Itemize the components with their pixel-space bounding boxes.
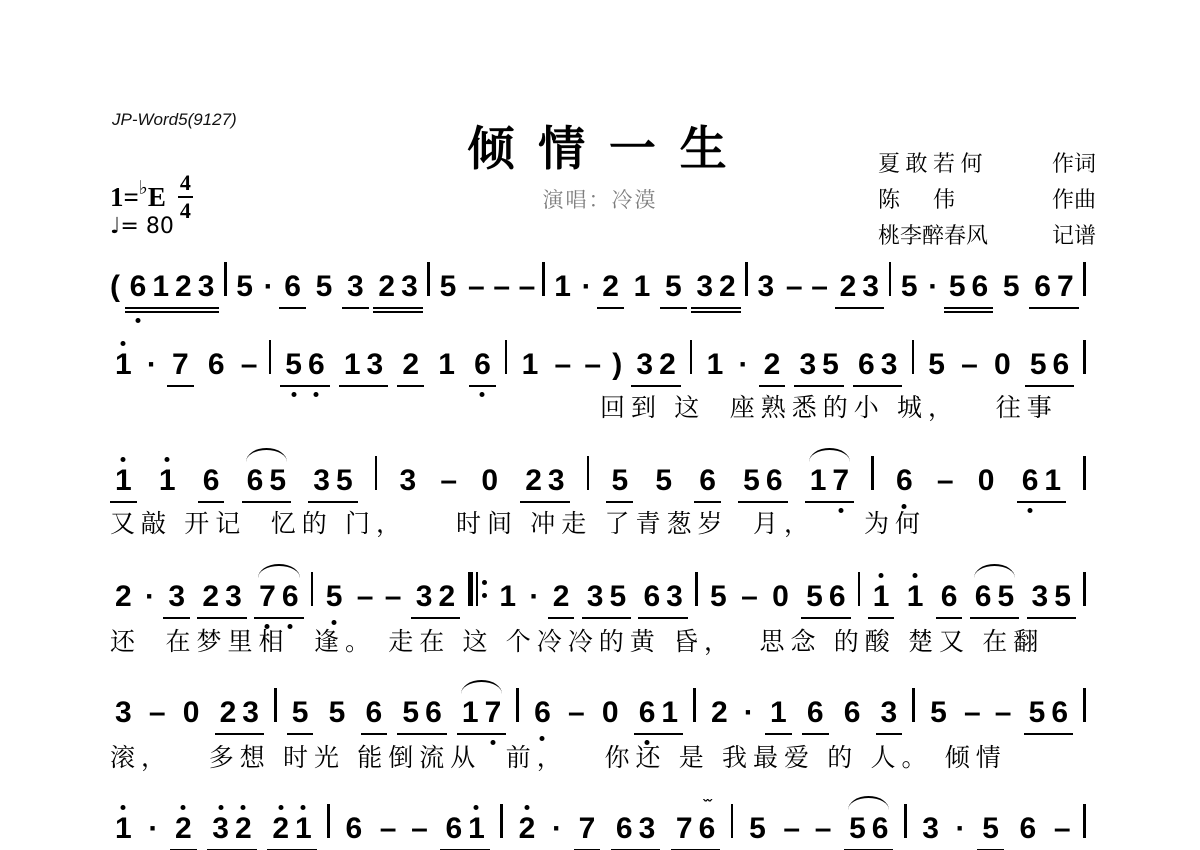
duration-dash: – bbox=[962, 696, 983, 730]
beam-group: 1 bbox=[433, 348, 460, 385]
note: 5 bbox=[1000, 270, 1023, 304]
note: 3 bbox=[878, 348, 901, 382]
note: 5 bbox=[1027, 348, 1050, 382]
beam-group: 1 bbox=[494, 580, 521, 617]
note: 5 bbox=[326, 696, 349, 730]
note: 5 bbox=[323, 580, 346, 614]
note: 6 bbox=[804, 696, 827, 730]
note: 2 bbox=[199, 580, 222, 614]
note: 2 bbox=[172, 812, 195, 846]
note: 2 bbox=[217, 696, 240, 730]
note: 6 bbox=[855, 348, 878, 382]
note: 0 bbox=[180, 696, 203, 730]
time-numerator: 4 bbox=[178, 172, 193, 198]
beam-group: 56 bbox=[280, 348, 329, 387]
beam-group: 1 bbox=[629, 270, 656, 307]
note: 2 bbox=[435, 580, 458, 614]
repeat-dots bbox=[482, 580, 487, 598]
note: 5 bbox=[1026, 696, 1049, 730]
note: 3 bbox=[397, 464, 420, 498]
note: 6 bbox=[696, 812, 719, 846]
note: 0 bbox=[478, 464, 501, 498]
note: 1 bbox=[156, 464, 179, 498]
beam-group: 3 bbox=[395, 464, 422, 501]
note: 0 bbox=[991, 348, 1014, 382]
note: 6 bbox=[841, 696, 864, 730]
duration-dash: – bbox=[466, 270, 487, 304]
note: 5 bbox=[925, 348, 948, 382]
beam-group: 35 bbox=[582, 580, 631, 619]
beam-group: 1 bbox=[868, 580, 895, 619]
note: 1 bbox=[149, 270, 172, 304]
note: 3 bbox=[112, 696, 135, 730]
note: 5 bbox=[662, 270, 685, 304]
note: 2 bbox=[522, 464, 545, 498]
beam-group: 61 bbox=[440, 812, 489, 850]
credits-block: 夏 敢 若 何 作词 陈 伟 作曲 桃李醉春风 记谱 bbox=[878, 146, 1096, 254]
note: 6 bbox=[205, 348, 228, 382]
note: 3 bbox=[693, 270, 716, 304]
note: 6 bbox=[636, 696, 659, 730]
note: 3 bbox=[796, 348, 819, 382]
note: 1 bbox=[704, 348, 727, 382]
music-line: 1·232216––612·763765––563·56– bbox=[110, 804, 1086, 850]
duration-dash: – bbox=[355, 580, 376, 614]
barline bbox=[731, 804, 734, 838]
augmentation-dot: · bbox=[582, 270, 592, 304]
beam-group: 6 bbox=[279, 270, 306, 309]
barline bbox=[695, 572, 698, 606]
duration-dash: – bbox=[566, 696, 587, 730]
beam-group: 6123 bbox=[125, 270, 220, 309]
note: 5 bbox=[927, 696, 950, 730]
note: 1 bbox=[1041, 464, 1064, 498]
note: 1 bbox=[341, 348, 364, 382]
beam-group: 35 bbox=[794, 348, 843, 387]
note: 7 bbox=[1054, 270, 1077, 304]
augmentation-dot: · bbox=[145, 580, 155, 614]
duration-dash: – bbox=[378, 812, 399, 846]
note: 6 bbox=[200, 464, 223, 498]
note: 5 bbox=[437, 270, 460, 304]
beam-group: 2 bbox=[759, 348, 786, 387]
note: 5 bbox=[946, 270, 969, 304]
key-letter: E bbox=[148, 182, 166, 213]
beam-group: 1 bbox=[110, 348, 137, 385]
note: 6 bbox=[869, 812, 892, 846]
beam-group: 5 bbox=[705, 580, 732, 617]
beam-group: 3 bbox=[753, 270, 780, 307]
beam-group: 3 bbox=[876, 696, 903, 735]
beam-group: 21 bbox=[267, 812, 316, 850]
barline bbox=[542, 262, 545, 296]
duration-dash: – bbox=[1052, 812, 1073, 846]
barline bbox=[1083, 340, 1086, 374]
note: 2 bbox=[761, 348, 784, 382]
beam-group: 56 bbox=[738, 464, 787, 503]
note: 1 bbox=[112, 348, 135, 382]
augmentation-dot: · bbox=[928, 270, 938, 304]
note: 3 bbox=[1029, 580, 1052, 614]
note: 3 bbox=[209, 812, 232, 846]
beam-group: 32 bbox=[631, 348, 680, 387]
beam-group: 2 bbox=[514, 812, 541, 849]
note: 1 bbox=[292, 812, 315, 846]
lyrics-line: 回到 这 座熟悉的小 城， 往事 bbox=[600, 388, 1058, 424]
credit-transcriber: 桃李醉春风 记谱 bbox=[878, 218, 1096, 254]
note: 3 bbox=[878, 696, 901, 730]
note: 6 bbox=[969, 270, 992, 304]
beam-group-slur: 76 bbox=[254, 580, 303, 619]
beam-group: 3 bbox=[342, 270, 369, 309]
beam-group: 2 bbox=[170, 812, 197, 850]
barline bbox=[871, 456, 874, 490]
augmentation-dot: · bbox=[744, 696, 754, 730]
beam-group: 2 bbox=[706, 696, 733, 733]
barline bbox=[587, 456, 590, 490]
note: 7 bbox=[673, 812, 696, 846]
music-line: 2·323765––321·235635–0561166535 bbox=[110, 572, 1086, 619]
note: 5 bbox=[399, 696, 422, 730]
beam-group: 6 bbox=[891, 464, 918, 501]
note: 6 bbox=[1017, 812, 1040, 846]
beam-group: 35 bbox=[1027, 580, 1076, 619]
note: 1 bbox=[807, 464, 830, 498]
note: 1 bbox=[658, 696, 681, 730]
beam-group: 5 bbox=[998, 270, 1025, 307]
duration-dash: – bbox=[809, 270, 830, 304]
note: 5 bbox=[652, 464, 675, 498]
beam-group: 0 bbox=[178, 696, 205, 733]
barline bbox=[745, 262, 748, 296]
note: 6 bbox=[342, 812, 365, 846]
note: 7 bbox=[256, 580, 279, 614]
note: 5 bbox=[898, 270, 921, 304]
beam-group: 7 bbox=[167, 348, 194, 387]
beam-group: 1 bbox=[765, 696, 792, 735]
beam-group: 5 bbox=[324, 696, 351, 733]
note: 1 bbox=[551, 270, 574, 304]
duration-dash: – bbox=[739, 580, 760, 614]
note: 6 bbox=[696, 464, 719, 498]
credit-role: 记谱 bbox=[1052, 218, 1096, 254]
note: 1 bbox=[519, 348, 542, 382]
note: 3 bbox=[584, 580, 607, 614]
barline bbox=[912, 688, 915, 722]
augmentation-dot: · bbox=[264, 270, 274, 304]
duration-dash: – bbox=[993, 696, 1014, 730]
beam-group: 6 bbox=[203, 348, 230, 385]
note: 3 bbox=[663, 580, 686, 614]
time-signature: 4 4 bbox=[178, 172, 193, 222]
note: 5 bbox=[313, 270, 336, 304]
note: 6 bbox=[826, 580, 849, 614]
note: 1 bbox=[459, 696, 482, 730]
duration-dash: – bbox=[552, 348, 573, 382]
note: 1 bbox=[465, 812, 488, 846]
beam-group: 63 bbox=[638, 580, 687, 619]
beam-group: 3 bbox=[917, 812, 944, 849]
credit-role: 作词 bbox=[1052, 146, 1096, 182]
beam-group: 23 bbox=[520, 464, 569, 503]
beam-group: 76 bbox=[671, 812, 720, 850]
barline bbox=[1083, 456, 1086, 490]
credit-role: 作曲 bbox=[1052, 182, 1096, 218]
beam-group: 56 bbox=[801, 580, 850, 619]
note: 7 bbox=[169, 348, 192, 382]
beam-group: 1 bbox=[702, 348, 729, 385]
beam-group: 63 bbox=[611, 812, 660, 850]
note: 2 bbox=[837, 270, 860, 304]
barline bbox=[427, 262, 430, 296]
note: 3 bbox=[310, 464, 333, 498]
beam-group: 32 bbox=[411, 580, 460, 619]
augmentation-dot: · bbox=[956, 812, 966, 846]
augmentation-dot: · bbox=[738, 348, 748, 382]
note: 3 bbox=[195, 270, 218, 304]
key-prefix: 1= bbox=[110, 182, 139, 213]
barline bbox=[889, 262, 892, 296]
note: 5 bbox=[740, 464, 763, 498]
beam-group: 1 bbox=[110, 812, 137, 849]
note: 1 bbox=[767, 696, 790, 730]
note: 6 bbox=[442, 812, 465, 846]
note: 2 bbox=[172, 270, 195, 304]
note: 3 bbox=[239, 696, 262, 730]
note: 0 bbox=[599, 696, 622, 730]
beam-group: 23 bbox=[835, 270, 884, 309]
barline bbox=[693, 688, 696, 722]
duration-dash: – bbox=[438, 464, 459, 498]
beam-group: 0 bbox=[989, 348, 1016, 385]
note: 1 bbox=[435, 348, 458, 382]
barline bbox=[311, 572, 314, 606]
barline bbox=[904, 804, 907, 838]
note: 6 bbox=[1019, 464, 1042, 498]
beam-group: 5 bbox=[744, 812, 771, 849]
augmentation-dot: · bbox=[529, 580, 539, 614]
duration-dash: – bbox=[784, 270, 805, 304]
note: 1 bbox=[870, 580, 893, 614]
note: 2 bbox=[232, 812, 255, 846]
beam-group: 0 bbox=[476, 464, 503, 501]
beam-group: 23 bbox=[215, 696, 264, 735]
duration-dash: – bbox=[409, 812, 430, 846]
beam-group: 0 bbox=[597, 696, 624, 733]
beam-group: 6 bbox=[469, 348, 496, 387]
note: 6 bbox=[471, 348, 494, 382]
beam-group-slur: 56 bbox=[844, 812, 893, 850]
music-line: 11665353–02355656176–061 bbox=[110, 456, 1086, 503]
beam-group: 32 bbox=[207, 812, 256, 850]
note: 2 bbox=[708, 696, 731, 730]
note: 3 bbox=[636, 812, 659, 846]
note: 3 bbox=[919, 812, 942, 846]
barline bbox=[1083, 804, 1086, 838]
beam-group: 23 bbox=[373, 270, 422, 309]
barline bbox=[858, 572, 861, 606]
note: 6 bbox=[613, 812, 636, 846]
beam-group: 0 bbox=[973, 464, 1000, 501]
note: 5 bbox=[994, 580, 1017, 614]
beam-group: 56 bbox=[397, 696, 446, 735]
beam-group: 1 bbox=[902, 580, 929, 617]
beam-group: 61 bbox=[1017, 464, 1066, 503]
beam-group: 5 bbox=[977, 812, 1004, 850]
duration-dash: – bbox=[383, 580, 404, 614]
beam-group: 6 bbox=[839, 696, 866, 733]
augmentation-dot: · bbox=[148, 812, 158, 846]
note: 2 bbox=[375, 270, 398, 304]
beam-group: 56 bbox=[1024, 696, 1073, 735]
lyrics-line: 又敲 开记 忆的 门， 时间 冲走 了青葱岁 月， 为何 bbox=[110, 504, 926, 540]
duration-dash: – bbox=[239, 348, 260, 382]
beam-group: 5 bbox=[650, 464, 677, 501]
beam-group: 5 bbox=[606, 464, 633, 503]
note: 5 bbox=[819, 348, 842, 382]
note: 2 bbox=[550, 580, 573, 614]
beam-group-slur: 17 bbox=[805, 464, 854, 503]
note: 5 bbox=[606, 580, 629, 614]
note: 6 bbox=[1050, 348, 1073, 382]
music-line: 3–02355656176–0612·16635––56 bbox=[110, 688, 1086, 735]
lyrics-line: 滚， 多想 时光 能倒流从 前， 你还 是 我最爱 的 人。 倾情 bbox=[110, 738, 1007, 774]
duration-dash: – bbox=[517, 270, 538, 304]
note: 6 bbox=[640, 580, 663, 614]
note: 1 bbox=[112, 812, 135, 846]
duration-dash: – bbox=[935, 464, 956, 498]
barline bbox=[690, 340, 693, 374]
note: 1 bbox=[496, 580, 519, 614]
beam-group: 67 bbox=[1029, 270, 1078, 309]
close-parenthesis: ) bbox=[612, 348, 622, 382]
barline bbox=[224, 262, 227, 296]
beam-group: 2 bbox=[548, 580, 575, 619]
augmentation-dot: · bbox=[147, 348, 157, 382]
beam-group: 5 bbox=[321, 580, 348, 617]
repeat-dot bbox=[482, 593, 487, 598]
note: 5 bbox=[233, 270, 256, 304]
note: 3 bbox=[364, 348, 387, 382]
note: 5 bbox=[282, 348, 305, 382]
beam-group: 56 bbox=[1025, 348, 1074, 387]
time-denominator: 4 bbox=[180, 198, 191, 222]
beam-group: 6 bbox=[198, 464, 225, 503]
repeat-start-sign bbox=[468, 572, 488, 606]
note: 3 bbox=[633, 348, 656, 382]
beam-group: 5 bbox=[311, 270, 338, 307]
note: 6 bbox=[363, 696, 386, 730]
barline bbox=[912, 340, 915, 374]
beam-group: 5 bbox=[896, 270, 923, 307]
beam-group: 56 bbox=[944, 270, 993, 309]
note: 6 bbox=[1048, 696, 1071, 730]
duration-dash: – bbox=[491, 270, 512, 304]
note: 3 bbox=[344, 270, 367, 304]
note: 5 bbox=[333, 464, 356, 498]
note: 6 bbox=[531, 696, 554, 730]
beam-group: 1 bbox=[154, 464, 181, 501]
duration-dash: – bbox=[813, 812, 834, 846]
note: 5 bbox=[803, 580, 826, 614]
barline bbox=[269, 340, 272, 374]
music-line: 1·76–56132161––)321·235635–056 bbox=[110, 340, 1086, 387]
repeat-dot bbox=[482, 580, 487, 585]
beam-group: 61 bbox=[634, 696, 683, 735]
beam-group: 2 bbox=[110, 580, 137, 617]
open-parenthesis: ( bbox=[110, 270, 120, 304]
credit-lyricist: 夏 敢 若 何 作词 bbox=[878, 146, 1096, 182]
note: 2 bbox=[656, 348, 679, 382]
note: 3 bbox=[859, 270, 882, 304]
repeat-thin-bar bbox=[476, 572, 479, 606]
note: 0 bbox=[769, 580, 792, 614]
duration-dash: – bbox=[582, 348, 603, 382]
beam-group: 6 bbox=[1015, 812, 1042, 849]
note: 7 bbox=[829, 464, 852, 498]
beam-group: 5 bbox=[287, 696, 314, 735]
note: 6 bbox=[893, 464, 916, 498]
barline bbox=[1083, 262, 1086, 296]
beam-group: 6 bbox=[936, 580, 963, 619]
quarter-note-icon: ♩ bbox=[110, 214, 120, 239]
note: 3 bbox=[165, 580, 188, 614]
note: 6 bbox=[279, 580, 302, 614]
note: 2 bbox=[399, 348, 422, 382]
beam-group: 6 bbox=[802, 696, 829, 735]
barline bbox=[516, 688, 519, 722]
augmentation-dot: · bbox=[552, 812, 562, 846]
note: 6 bbox=[127, 270, 150, 304]
credit-composer: 陈 伟 作曲 bbox=[878, 182, 1096, 218]
note: 3 bbox=[398, 270, 421, 304]
note: 2 bbox=[112, 580, 135, 614]
beam-group: 35 bbox=[308, 464, 357, 503]
note: 5 bbox=[289, 696, 312, 730]
note: 5 bbox=[608, 464, 631, 498]
note: 5 bbox=[707, 580, 730, 614]
note: 6 bbox=[244, 464, 267, 498]
note: 3 bbox=[755, 270, 778, 304]
beam-group-slur: 65 bbox=[970, 580, 1019, 619]
note: 6 bbox=[1031, 270, 1054, 304]
note: 6 bbox=[972, 580, 995, 614]
note: 6 bbox=[938, 580, 961, 614]
music-line: (61235·653235–––1·215323––235·56567 bbox=[110, 262, 1086, 309]
beam-group: 13 bbox=[339, 348, 388, 387]
beam-group: 6 bbox=[340, 812, 367, 849]
note: 5 bbox=[1051, 580, 1074, 614]
note: 0 bbox=[975, 464, 998, 498]
note: 1 bbox=[904, 580, 927, 614]
flat-icon: ♭ bbox=[139, 177, 148, 199]
beam-group: 6 bbox=[694, 464, 721, 503]
barline bbox=[327, 804, 330, 838]
note: 6 bbox=[422, 696, 445, 730]
barline bbox=[1083, 688, 1086, 722]
beam-group: 3 bbox=[163, 580, 190, 619]
credit-name: 桃李醉春风 bbox=[878, 218, 988, 254]
note: 7 bbox=[482, 696, 505, 730]
beam-group: 3 bbox=[110, 696, 137, 733]
note: 6 bbox=[281, 270, 304, 304]
beam-group: 5 bbox=[435, 270, 462, 307]
lyrics-line: 还 在梦里相 逢。 走在 这 个冷冷的黄 昏， 思念 的酸 楚又 在翻 bbox=[110, 622, 1044, 658]
credit-name: 夏 敢 若 何 bbox=[878, 146, 983, 182]
beam-group: 0 bbox=[767, 580, 794, 617]
beam-group: 32 bbox=[691, 270, 740, 309]
beam-group: 2 bbox=[397, 348, 424, 387]
